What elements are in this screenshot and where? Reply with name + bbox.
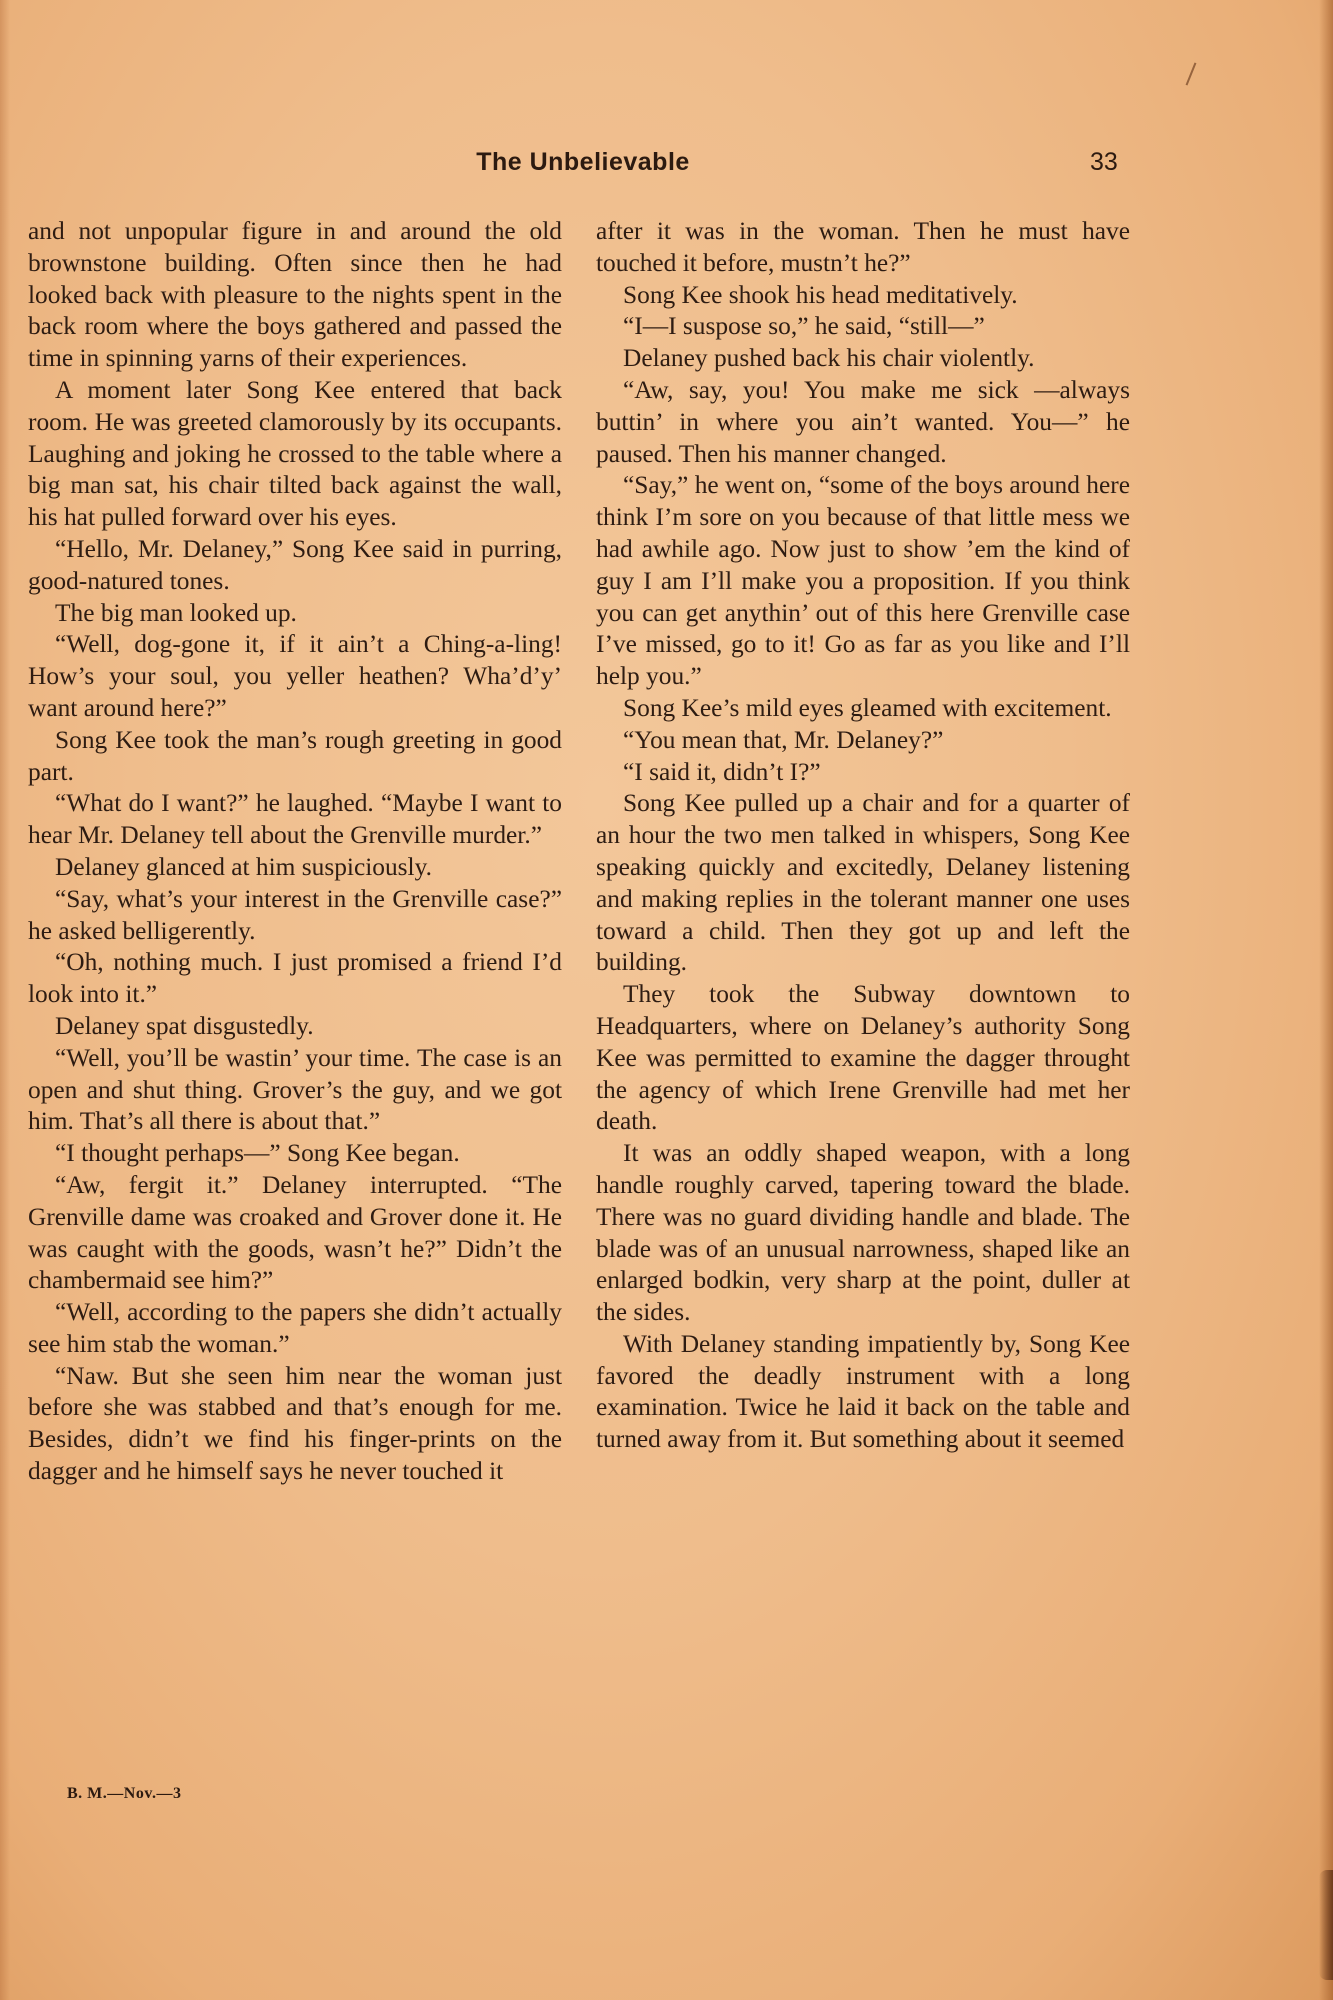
paragraph: Song Kee pulled up a chair and for a qua… xyxy=(596,788,1130,979)
paragraph: “Aw, fergit it.” Delaney interrupted. “T… xyxy=(28,1170,562,1297)
paragraph: Song Kee shook his head meditatively. xyxy=(596,280,1130,312)
paragraph: “Say, what’s your interest in the Grenvi… xyxy=(28,884,562,948)
paragraph: after it was in the woman. Then he must … xyxy=(596,216,1130,280)
page-left-edge-shading xyxy=(0,0,10,2000)
pencil-mark xyxy=(1186,62,1197,85)
paragraph: “Aw, say, you! You make me sick —always … xyxy=(596,375,1130,470)
paragraph: “I—I suspose so,” he said, “still—” xyxy=(596,311,1130,343)
text-column-left: and not unpopular figure in and around t… xyxy=(28,216,562,1488)
signature-mark: B. M.—Nov.—3 xyxy=(67,1785,181,1803)
paragraph: Delaney spat disgustedly. xyxy=(28,1011,562,1043)
paragraph: “Hello, Mr. Delaney,” Song Kee said in p… xyxy=(28,534,562,598)
paragraph: “Well, dog-gone it, if it ain’t a Ching-… xyxy=(28,629,562,724)
paragraph: “Well, according to the papers she didn’… xyxy=(28,1297,562,1361)
page-number: 33 xyxy=(1090,148,1118,177)
paragraph: “You mean that, Mr. Delaney?” xyxy=(596,725,1130,757)
paragraph: Delaney pushed back his chair violently. xyxy=(596,343,1130,375)
paragraph: They took the Subway downtown to Headqua… xyxy=(596,979,1130,1138)
text-column-right: after it was in the woman. Then he must … xyxy=(596,216,1130,1456)
page-right-edge-shading xyxy=(1319,0,1333,2000)
paragraph: Song Kee took the man’s rough greeting i… xyxy=(28,725,562,789)
paragraph: Delaney glanced at him suspiciously. xyxy=(28,852,562,884)
paragraph: With Delaney standing impatiently by, So… xyxy=(596,1329,1130,1456)
paragraph: Song Kee’s mild eyes gleamed with excite… xyxy=(596,693,1130,725)
paragraph: “I thought perhaps—” Song Kee began. xyxy=(28,1138,562,1170)
paragraph: “Oh, nothing much. I just promised a fri… xyxy=(28,947,562,1011)
running-title: The Unbelievable xyxy=(448,148,718,177)
paragraph: “Naw. But she seen him near the woman ju… xyxy=(28,1361,562,1488)
paragraph: A moment later Song Kee entered that bac… xyxy=(28,375,562,534)
paragraph: and not unpopular figure in and around t… xyxy=(28,216,562,375)
paragraph: The big man looked up. xyxy=(28,598,562,630)
page-edge-tear xyxy=(1319,1870,1333,1980)
running-head: The Unbelievable 33 xyxy=(0,148,1333,188)
paragraph: It was an oddly shaped weapon, with a lo… xyxy=(596,1138,1130,1329)
paragraph: “What do I want?” he laughed. “Maybe I w… xyxy=(28,788,562,852)
paragraph: “Say,” he went on, “some of the boys aro… xyxy=(596,470,1130,693)
paragraph: “Well, you’ll be wastin’ your time. The … xyxy=(28,1043,562,1138)
paragraph: “I said it, didn’t I?” xyxy=(596,757,1130,789)
